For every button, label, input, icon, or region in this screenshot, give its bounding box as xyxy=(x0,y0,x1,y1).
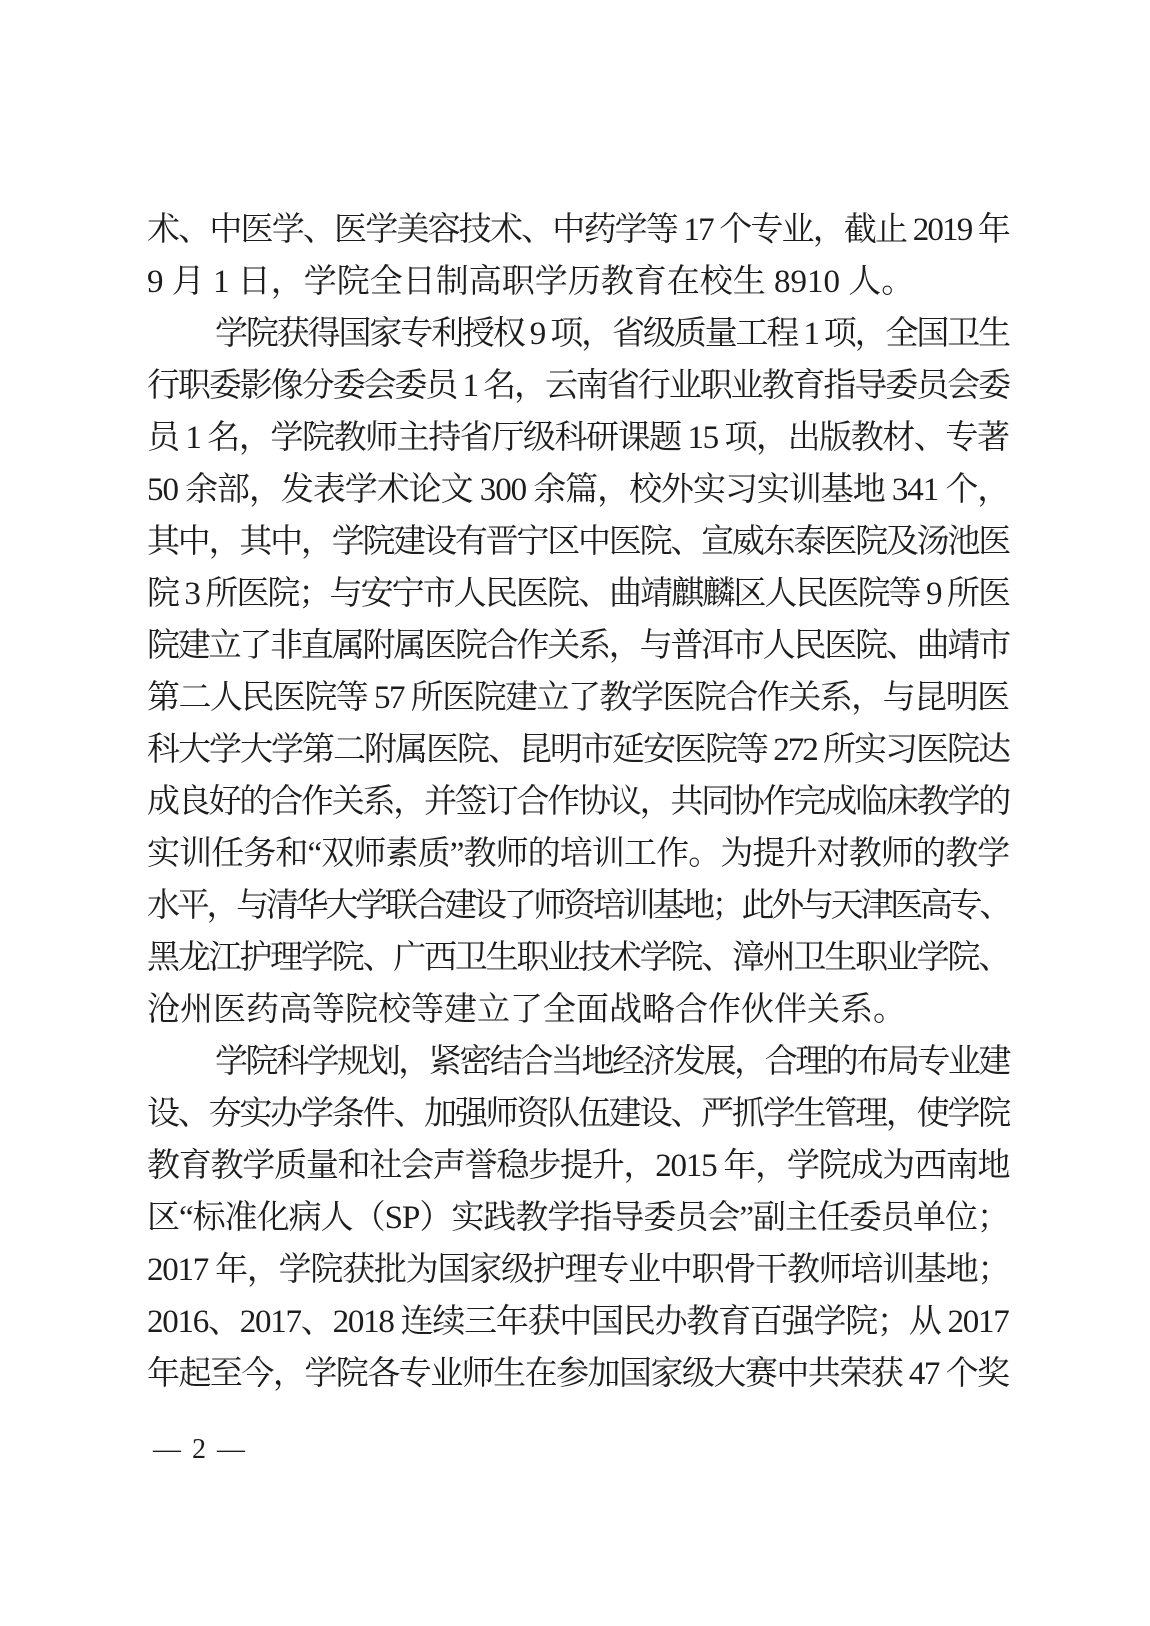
text-line: 黑龙江护理学院、广西卫生职业技术学院、漳州卫生职业学院、 xyxy=(147,932,1009,984)
text-line: 区“标准化病人（SP）实践教学指导委员会”副主任委员单位； xyxy=(147,1192,1009,1244)
text-line: 第二人民医院等 57 所医院建立了教学医院合作关系，与昆明医 xyxy=(147,672,1009,724)
text-line: 院 3 所医院；与安宁市人民医院、曲靖麒麟区人民医院等 9 所医 xyxy=(147,568,1009,620)
text-line: 2016、2017、2018 连续三年获中国民办教育百强学院；从 2017 xyxy=(147,1296,1009,1348)
text-line: 50 余部，发表学术论文 300 余篇，校外实习实训基地 341 个， xyxy=(147,464,1009,516)
text-line: 年起至今，学院各专业师生在参加国家级大赛中共荣获 47 个奖 xyxy=(147,1348,1009,1400)
text-line: 术、中医学、医学美容技术、中药学等 17 个专业，截止 2019 年 xyxy=(147,204,1009,256)
document-body: 术、中医学、医学美容技术、中药学等 17 个专业，截止 2019 年9 月 1 … xyxy=(147,204,1009,1400)
text-line: 教育教学质量和社会声誉稳步提升，2015 年，学院成为西南地 xyxy=(147,1140,1009,1192)
text-line: 成良好的合作关系，并签订合作协议，共同协作完成临床教学的 xyxy=(147,776,1009,828)
text-line: 员 1 名，学院教师主持省厅级科研课题 15 项，出版教材、专著 xyxy=(147,412,1009,464)
text-line: 其中，其中，学院建设有晋宁区中医院、宣威东泰医院及汤池医 xyxy=(147,516,1009,568)
text-line: 水平，与清华大学联合建设了师资培训基地；此外与天津医高专、 xyxy=(147,880,1009,932)
page-number: — 2 — xyxy=(153,1428,247,1472)
text-line: 沧州医药高等院校等建立了全面战略合作伙伴关系。 xyxy=(147,984,1009,1036)
text-line: 2017 年，学院获批为国家级护理专业中职骨干教师培训基地； xyxy=(147,1244,1009,1296)
text-line: 实训任务和“双师素质”教师的培训工作。为提升对教师的教学 xyxy=(147,828,1009,880)
text-line: 9 月 1 日，学院全日制高职学历教育在校生 8910 人。 xyxy=(147,256,1009,308)
text-line: 学院获得国家专利授权 9 项，省级质量工程 1 项，全国卫生 xyxy=(147,308,1009,360)
text-line: 学院科学规划，紧密结合当地经济发展，合理的布局专业建 xyxy=(147,1036,1009,1088)
document-page: 术、中医学、医学美容技术、中药学等 17 个专业，截止 2019 年9 月 1 … xyxy=(0,0,1150,1626)
text-line: 设、夯实办学条件、加强师资队伍建设、严抓学生管理，使学院 xyxy=(147,1088,1009,1140)
text-line: 科大学大学第二附属医院、昆明市延安医院等 272 所实习医院达 xyxy=(147,724,1009,776)
text-line: 院建立了非直属附属医院合作关系，与普洱市人民医院、曲靖市 xyxy=(147,620,1009,672)
text-line: 行职委影像分委会委员 1 名，云南省行业职业教育指导委员会委 xyxy=(147,360,1009,412)
